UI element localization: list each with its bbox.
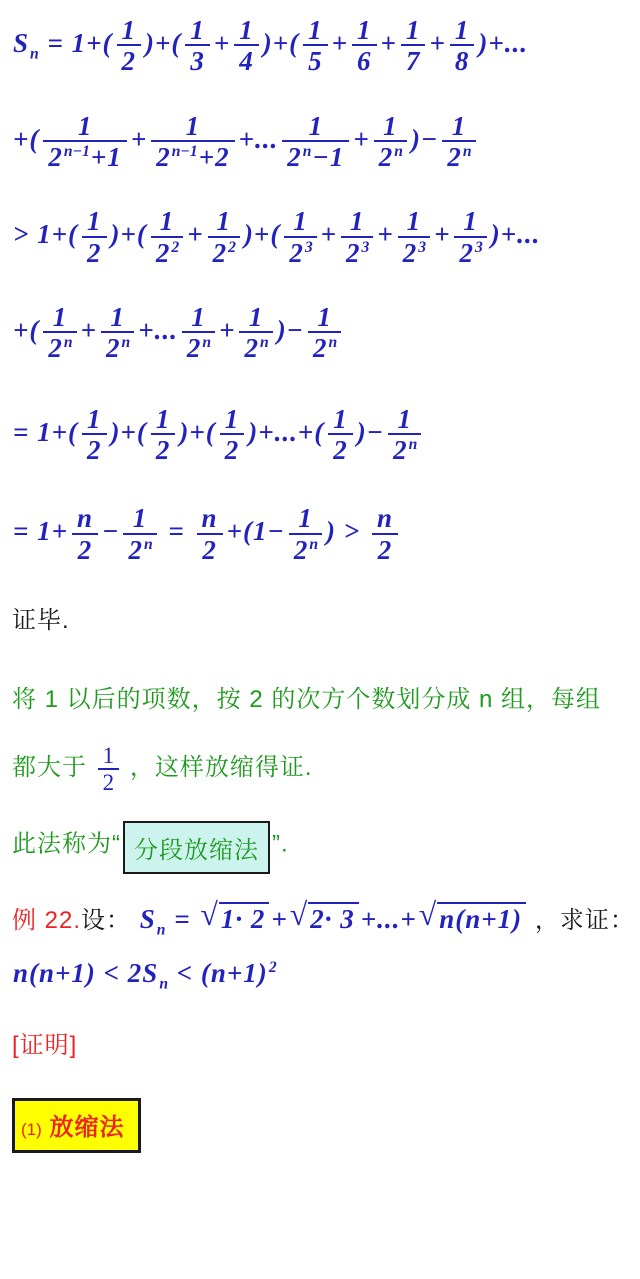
fraction-numerator: 1 xyxy=(185,16,210,44)
math-token: n(n+1) < 2S xyxy=(12,958,159,988)
math-token: 2 xyxy=(402,238,419,268)
math-token: 2· 3 xyxy=(309,904,356,934)
fraction-numerator: 1 xyxy=(43,112,126,140)
math-formula: = 1+(12)+(12)+(12)+...+(12)−12n xyxy=(12,417,424,447)
math-token: 5 xyxy=(307,46,324,76)
math-token: )+... xyxy=(477,28,529,58)
math-token: n xyxy=(76,503,94,533)
fraction-numerator: 1 xyxy=(151,112,234,140)
fraction-denominator: 2 xyxy=(82,236,107,267)
math-token: 2 xyxy=(243,333,260,363)
fraction-numerator: 1 xyxy=(182,303,215,331)
math-token: < (n+1) xyxy=(168,958,269,988)
math-token: 1 xyxy=(52,302,69,332)
math-token: 3 xyxy=(418,239,426,256)
math-token: > 1+( xyxy=(12,219,79,249)
fraction: 12 xyxy=(117,16,142,76)
math-formula: > 1+(12)+(122+122)+(123+123+123+123)+... xyxy=(12,219,541,249)
fraction: 12n xyxy=(442,112,475,172)
math-token: n xyxy=(202,334,211,351)
math-token: 1 xyxy=(77,111,94,141)
math-token: )+( xyxy=(262,28,300,58)
math-token: −1 xyxy=(311,142,345,172)
formula-final-bound: = 1+n2−12n = n2+(1−12n) > n2 xyxy=(12,504,632,564)
fraction-denominator: 6 xyxy=(352,44,377,75)
fraction: 123 xyxy=(398,207,430,267)
fraction-denominator: 7 xyxy=(401,44,426,75)
fraction-numerator: 1 xyxy=(341,207,373,235)
math-token: 2 xyxy=(127,535,144,565)
math-token: 2 xyxy=(121,46,138,76)
math-token: 1 xyxy=(332,404,349,434)
fraction-numerator: 1 xyxy=(43,303,76,331)
math-token: + xyxy=(80,315,98,345)
fraction-numerator: 1 xyxy=(442,112,475,140)
fraction-numerator: 1 xyxy=(454,207,486,235)
fraction: 12n xyxy=(308,303,341,363)
fraction-denominator: 23 xyxy=(341,236,373,267)
math-token: n−1 xyxy=(64,143,90,160)
fraction: 12n−1+2 xyxy=(151,112,234,172)
fraction: 12n xyxy=(289,504,322,564)
text-run: (1) xyxy=(21,1120,42,1139)
math-token: n xyxy=(329,334,338,351)
fraction-denominator: 2 xyxy=(197,533,223,564)
math-token: 1 xyxy=(297,503,314,533)
math-token: 6 xyxy=(356,46,373,76)
math-token: )+( xyxy=(110,219,148,249)
math-token: − xyxy=(101,516,120,546)
math-token: 2 xyxy=(293,535,310,565)
math-token: 3 xyxy=(189,46,206,76)
math-formula: +(12n−1+1+12n−1+2+...12n−1+12n)−12n xyxy=(12,124,479,154)
fraction-denominator: 2n xyxy=(239,331,272,362)
math-token: + xyxy=(270,904,288,934)
fraction-denominator: 2 xyxy=(117,44,142,75)
math-token: = xyxy=(160,516,194,546)
math-token: 1 xyxy=(190,302,207,332)
method-name-line: 此法称为“分段放缩法”. xyxy=(12,821,632,874)
math-token: +1 xyxy=(90,142,123,172)
math-token: 2 xyxy=(86,238,103,268)
math-token: 4 xyxy=(238,46,255,76)
formula-sn-expansion: Sn = 1+(12)+(13+14)+(15+16+17+18)+... xyxy=(12,16,632,76)
math-token: +...+ xyxy=(360,904,418,934)
fraction: 122 xyxy=(151,207,183,267)
fraction-denominator: 2n−1+1 xyxy=(43,140,126,171)
math-token: 2 xyxy=(201,535,218,565)
fraction-denominator: 2 xyxy=(151,433,176,464)
fraction-numerator: 1 xyxy=(289,504,322,532)
fraction-numerator: 1 xyxy=(208,207,240,235)
fraction: 12n xyxy=(43,303,76,363)
math-token: 1 xyxy=(224,404,241,434)
fraction-numerator: 1 xyxy=(82,405,107,433)
fraction: 16 xyxy=(352,16,377,76)
math-token: 2 xyxy=(446,142,463,172)
math-token: 1 xyxy=(454,15,471,45)
math-token: + xyxy=(320,219,338,249)
math-token: 2 xyxy=(155,238,172,268)
math-token: 2 xyxy=(155,142,172,172)
fraction-numerator: 1 xyxy=(82,207,107,235)
fraction-denominator: 2n xyxy=(374,140,407,171)
math-token: 1 xyxy=(102,743,116,768)
math-token: 2 xyxy=(378,142,395,172)
math-token: 1 xyxy=(356,15,373,45)
fraction: 12n xyxy=(182,303,215,363)
math-token: 2 xyxy=(332,435,349,465)
math-token: 1 xyxy=(121,15,138,45)
fraction: 12n xyxy=(101,303,134,363)
math-token: n xyxy=(159,975,168,992)
math-token: n xyxy=(201,503,219,533)
math-formula: 12 xyxy=(95,755,123,780)
text-run: ”. xyxy=(272,831,289,858)
text-run: 例 22. xyxy=(12,907,81,934)
formula-lower-bound-last: +(12n+12n+...12n+12n)−12n xyxy=(12,303,632,363)
math-token: +( xyxy=(12,315,40,345)
fraction-numerator: 1 xyxy=(388,405,421,433)
fraction: 12 xyxy=(151,405,176,465)
math-token: 2 xyxy=(47,142,64,172)
fraction-denominator: 2n xyxy=(101,331,134,362)
formula-target-inequality: n(n+1) < 2Sn < (n+1)2 xyxy=(12,959,632,993)
radicand: 2· 3 xyxy=(308,902,359,935)
math-token: 3 xyxy=(362,239,370,256)
fraction: n2 xyxy=(197,504,223,564)
math-token: 1 xyxy=(292,206,309,236)
math-token: n xyxy=(64,334,73,351)
math-token: + xyxy=(380,28,398,58)
math-token: n xyxy=(376,503,394,533)
fraction-denominator: 2n xyxy=(43,331,76,362)
math-token: 1 xyxy=(86,404,103,434)
math-token: +... xyxy=(137,315,179,345)
radicand: 1· 2 xyxy=(219,902,270,935)
math-token: + xyxy=(352,124,370,154)
fraction-denominator: 22 xyxy=(208,236,240,267)
method-badge: (1) 放缩法 xyxy=(12,1098,632,1153)
fraction-numerator: 1 xyxy=(303,16,328,44)
fraction-denominator: 2 xyxy=(82,433,107,464)
fraction-numerator: 1 xyxy=(282,112,349,140)
fraction-numerator: n xyxy=(197,504,223,532)
fraction-denominator: 8 xyxy=(450,44,475,75)
math-token: 1 xyxy=(248,302,265,332)
math-token: 2 xyxy=(212,238,229,268)
fraction-denominator: 23 xyxy=(454,236,486,267)
math-token: 2 xyxy=(228,239,236,256)
math-token: 2 xyxy=(458,238,475,268)
formula-halves-sum: = 1+(12)+(12)+(12)+...+(12)−12n xyxy=(12,405,632,465)
math-token: +( xyxy=(12,124,40,154)
fraction-denominator: 2n xyxy=(289,533,322,564)
fraction-denominator: 5 xyxy=(303,44,328,75)
example-22-statement: 例 22.设： Sn = √1· 2+√2· 3+...+√n(n+1) ，求证… xyxy=(12,900,632,939)
fraction: 123 xyxy=(341,207,373,267)
fraction: 14 xyxy=(234,16,259,76)
fraction-numerator: 1 xyxy=(123,504,156,532)
math-token: n xyxy=(309,536,318,553)
radical-sign-icon: √ xyxy=(290,899,309,931)
math-token: 8 xyxy=(454,46,471,76)
math-token: n−1 xyxy=(172,143,198,160)
explanation-paragraph: 将 1 以后的项数，按 2 的次方个数划分成 n 组，每组 xyxy=(12,679,632,714)
fraction-numerator: 1 xyxy=(234,16,259,44)
fraction-numerator: 1 xyxy=(352,16,377,44)
fraction-numerator: 1 xyxy=(398,207,430,235)
fraction: 15 xyxy=(303,16,328,76)
fraction: 17 xyxy=(401,16,426,76)
explanation-fraction-line: 都大于 12 ，这样放缩得证. xyxy=(12,744,632,795)
math-token: 1 xyxy=(462,206,479,236)
math-token: )− xyxy=(410,124,439,154)
fraction-denominator: 2 xyxy=(72,533,98,564)
math-token: + xyxy=(376,219,394,249)
math-token: 2 xyxy=(171,239,179,256)
fraction-numerator: n xyxy=(72,504,98,532)
radical-sign-icon: √ xyxy=(419,899,438,931)
proof-label: [证明] xyxy=(12,1025,632,1060)
text-run: ，求证： xyxy=(527,907,635,934)
fraction: n2 xyxy=(372,504,398,564)
math-token: = 1+ xyxy=(12,516,69,546)
radical-sign-icon: √ xyxy=(200,899,219,931)
math-token: 1 xyxy=(349,206,366,236)
math-formula: Sn = √1· 2+√2· 3+...+√n(n+1) xyxy=(139,904,527,934)
fraction-denominator: 2 xyxy=(372,533,398,564)
math-token: 2 xyxy=(105,333,122,363)
fraction-denominator: 2n xyxy=(123,533,156,564)
fraction: 12 xyxy=(328,405,353,465)
math-token: 2 xyxy=(345,238,362,268)
fraction: 12n xyxy=(388,405,421,465)
math-token: 2 xyxy=(86,435,103,465)
fraction-numerator: 1 xyxy=(98,744,120,768)
fraction-numerator: 1 xyxy=(151,207,183,235)
math-token: 7 xyxy=(405,46,422,76)
highlight-box: 分段放缩法 xyxy=(123,821,270,874)
text-run: 分段放缩法 xyxy=(134,837,259,864)
math-token: + xyxy=(331,28,349,58)
fraction-numerator: 1 xyxy=(117,16,142,44)
math-token: S xyxy=(139,904,157,934)
math-token: 3 xyxy=(475,239,483,256)
math-token: 1 xyxy=(109,302,126,332)
math-token: 2 xyxy=(269,959,277,976)
math-token: n xyxy=(409,436,418,453)
math-token: +... xyxy=(238,124,280,154)
math-token: 1 xyxy=(216,206,233,236)
math-token: = 1+( xyxy=(12,417,79,447)
math-token: 2 xyxy=(377,535,394,565)
sqrt-expression: √n(n+1) xyxy=(419,902,526,935)
fraction-numerator: 1 xyxy=(151,405,176,433)
math-token: 1 xyxy=(405,15,422,45)
math-token: 1 xyxy=(159,206,176,236)
fraction-denominator: 4 xyxy=(234,44,259,75)
fraction-denominator: 2 xyxy=(328,433,353,464)
fraction: 12 xyxy=(220,405,245,465)
math-token: 1· 2 xyxy=(220,904,267,934)
math-token: 1 xyxy=(132,503,149,533)
math-token: ) > xyxy=(325,516,369,546)
math-formula: = 1+n2−12n = n2+(1−12n) > n2 xyxy=(12,516,401,546)
fraction-denominator: 3 xyxy=(185,44,210,75)
math-token: 1 xyxy=(307,15,324,45)
fraction-denominator: 23 xyxy=(284,236,316,267)
formula-last-group-terms: +(12n−1+1+12n−1+2+...12n−1+12n)−12n xyxy=(12,112,632,172)
math-token: )+( xyxy=(178,417,216,447)
fraction: n2 xyxy=(72,504,98,564)
math-token: 1 xyxy=(451,111,468,141)
fraction: 12 xyxy=(98,744,120,795)
math-token: 1 xyxy=(406,206,423,236)
math-token: )− xyxy=(356,417,385,447)
qed-text: 证毕. xyxy=(12,600,632,635)
math-token: 2 xyxy=(47,333,64,363)
math-token: 2 xyxy=(312,333,329,363)
math-token: 2 xyxy=(224,435,241,465)
math-token: 2 xyxy=(392,435,409,465)
text-run: 此法称为“ xyxy=(12,831,121,858)
fraction-numerator: 1 xyxy=(220,405,245,433)
math-document: Sn = 1+(12)+(13+14)+(15+16+17+18)+... +(… xyxy=(0,0,640,1153)
math-token: + xyxy=(213,28,231,58)
math-token: 1 xyxy=(189,15,206,45)
fraction: 12n xyxy=(239,303,272,363)
fraction-denominator: 2n xyxy=(442,140,475,171)
math-token: = 1+( xyxy=(39,28,114,58)
math-token: + xyxy=(218,315,236,345)
fraction-denominator: 2n−1+2 xyxy=(151,140,234,171)
math-token: )− xyxy=(276,315,305,345)
math-token: 2 xyxy=(288,238,305,268)
fraction-numerator: 1 xyxy=(450,16,475,44)
text-run: 放缩法 xyxy=(42,1114,125,1141)
math-token: 1 xyxy=(316,302,333,332)
math-token: 2 xyxy=(186,333,203,363)
math-token: 2 xyxy=(102,770,116,795)
fraction: 123 xyxy=(454,207,486,267)
math-token: )+...+( xyxy=(247,417,325,447)
sqrt-expression: √1· 2 xyxy=(200,902,269,935)
fraction-denominator: 2n xyxy=(308,331,341,362)
fraction-numerator: 1 xyxy=(374,112,407,140)
fraction: 123 xyxy=(284,207,316,267)
math-token: 3 xyxy=(305,239,313,256)
math-token: )+... xyxy=(490,219,542,249)
radicand: n(n+1) xyxy=(437,902,526,935)
math-token: + xyxy=(428,28,446,58)
fraction-numerator: 1 xyxy=(308,303,341,331)
math-token: 1 xyxy=(382,111,399,141)
math-token: = xyxy=(165,904,199,934)
math-token: n xyxy=(394,143,403,160)
math-formula: +(12n+12n+...12n+12n)−12n xyxy=(12,315,344,345)
math-token: )+( xyxy=(243,219,281,249)
fraction-denominator: 2 xyxy=(220,433,245,464)
math-formula: Sn = 1+(12)+(13+14)+(15+16+17+18)+... xyxy=(12,28,529,58)
math-token: n xyxy=(260,334,269,351)
text-run: ，这样放缩得证. xyxy=(122,754,312,781)
fraction-denominator: 2 xyxy=(98,768,120,795)
math-token: n xyxy=(144,536,153,553)
math-token: + xyxy=(186,219,204,249)
math-token: S xyxy=(12,28,30,58)
math-token: n xyxy=(30,45,39,62)
text-run: 设： xyxy=(81,907,139,934)
fraction-denominator: 2n xyxy=(388,433,421,464)
fraction: 18 xyxy=(450,16,475,76)
math-token: 1 xyxy=(185,111,202,141)
math-formula: n(n+1) < 2Sn < (n+1)2 xyxy=(12,958,277,988)
math-token: n xyxy=(122,334,131,351)
fraction-numerator: 1 xyxy=(239,303,272,331)
fraction-numerator: n xyxy=(372,504,398,532)
fraction: 12n xyxy=(123,504,156,564)
math-token: )+( xyxy=(144,28,182,58)
math-token: 2 xyxy=(155,435,172,465)
math-token: )+( xyxy=(110,417,148,447)
fraction-numerator: 1 xyxy=(284,207,316,235)
fraction: 12n−1+1 xyxy=(43,112,126,172)
method-badge-box: (1) 放缩法 xyxy=(12,1098,141,1153)
math-token: n(n+1) xyxy=(438,904,523,934)
math-token: 2 xyxy=(286,142,303,172)
math-token: 1 xyxy=(86,206,103,236)
math-token: +(1− xyxy=(226,516,286,546)
math-token: n xyxy=(463,143,472,160)
fraction-numerator: 1 xyxy=(328,405,353,433)
fraction-numerator: 1 xyxy=(101,303,134,331)
fraction: 12n−1 xyxy=(282,112,349,172)
fraction: 13 xyxy=(185,16,210,76)
fraction-denominator: 2n−1 xyxy=(282,140,349,171)
math-token: + xyxy=(130,124,148,154)
formula-lower-bound-groups: > 1+(12)+(122+122)+(123+123+123+123)+... xyxy=(12,207,632,267)
text-run: 都大于 xyxy=(12,754,95,781)
sqrt-expression: √2· 3 xyxy=(290,902,359,935)
math-token: 1 xyxy=(238,15,255,45)
fraction: 122 xyxy=(208,207,240,267)
fraction-numerator: 1 xyxy=(401,16,426,44)
fraction: 12n xyxy=(374,112,407,172)
fraction-denominator: 2n xyxy=(182,331,215,362)
fraction: 12 xyxy=(82,207,107,267)
fraction: 12 xyxy=(82,405,107,465)
math-token: +2 xyxy=(198,142,231,172)
math-token: + xyxy=(433,219,451,249)
math-token: 1 xyxy=(397,404,414,434)
fraction-denominator: 23 xyxy=(398,236,430,267)
math-token: 2 xyxy=(77,535,94,565)
math-token: 1 xyxy=(155,404,172,434)
fraction-denominator: 22 xyxy=(151,236,183,267)
math-token: 1 xyxy=(308,111,325,141)
